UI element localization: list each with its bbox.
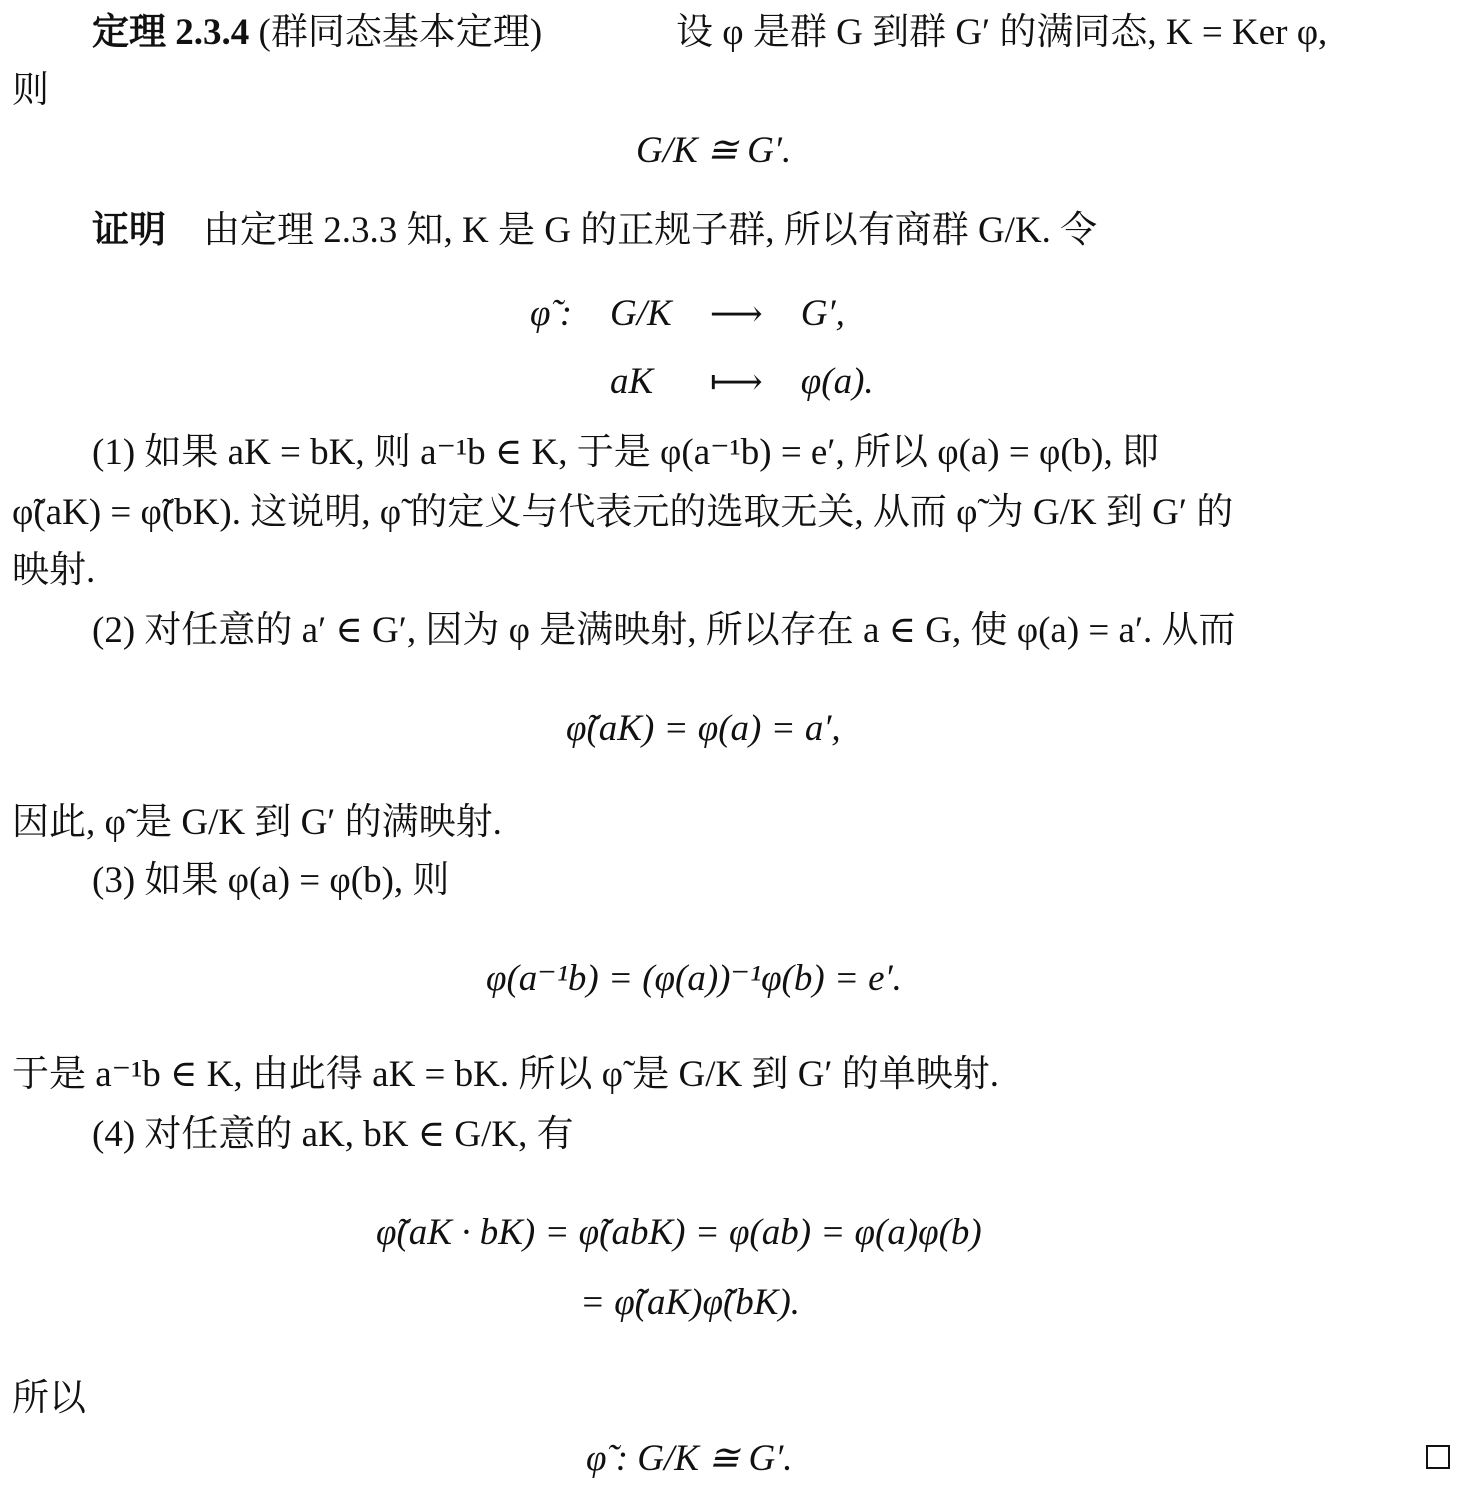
map-arrow: ⟶ xyxy=(710,292,763,336)
step3-line2: 于是 a⁻¹b ∈ K, 由此得 aK = bK. 所以 φ̃ 是 G/K 到 … xyxy=(12,1056,999,1093)
proof-label: 证明 xyxy=(92,210,166,251)
map-symbol: φ̃ : xyxy=(530,292,572,336)
mapsto-arrow: ⟼ xyxy=(710,360,763,404)
step4-line2: 所以 xyxy=(12,1380,86,1417)
step2-line1: (2) 对任意的 a′ ∈ G′, 因为 φ 是满映射, 所以存在 a ∈ G,… xyxy=(92,612,1236,649)
step2-line2: 因此, φ̃ 是 G/K 到 G′ 的满映射. xyxy=(12,804,502,841)
map-image: φ(a). xyxy=(801,360,874,404)
step4-formula2: = φ̃(aK)φ̃(bK). xyxy=(580,1284,800,1321)
theorem-heading: 定理 2.3.4 (群同态基本定理) xyxy=(92,14,542,51)
step3-formula: φ(a⁻¹b) = (φ(a))⁻¹φ(b) = e′. xyxy=(486,960,902,997)
final-formula: φ̃ : G/K ≅ G′. xyxy=(586,1440,793,1477)
proof-intro: 由定理 2.3.3 知, K 是 G 的正规子群, 所以有商群 G/K. 令 xyxy=(203,210,1097,251)
map-definition: φ̃ : G/K ⟶ G′, aK ⟼ φ(a). xyxy=(530,292,874,404)
map-codomain: G′, xyxy=(801,292,874,336)
step1-line3: 映射. xyxy=(12,552,95,589)
theorem-cont: 则 xyxy=(12,72,49,109)
step1-line2: φ̃(aK) = φ̃(bK). 这说明, φ̃ 的定义与代表元的选取无关, 从… xyxy=(12,494,1233,531)
step1-line1: (1) 如果 aK = bK, 则 a⁻¹b ∈ K, 于是 φ(a⁻¹b) =… xyxy=(92,434,1159,471)
theorem-label: 定理 2.3.4 xyxy=(92,12,249,53)
step4-line1: (4) 对任意的 aK, bK ∈ G/K, 有 xyxy=(92,1116,574,1153)
proof-intro-line: 证明 由定理 2.3.3 知, K 是 G 的正规子群, 所以有商群 G/K. … xyxy=(92,212,1097,249)
step3-line1: (3) 如果 φ(a) = φ(b), 则 xyxy=(92,862,449,899)
qed-square-icon xyxy=(1426,1445,1450,1469)
theorem-name: (群同态基本定理) xyxy=(259,12,543,53)
map-element: aK xyxy=(610,360,672,404)
theorem-formula: G/K ≅ G′. xyxy=(636,132,791,169)
step4-formula1: φ̃(aK · bK) = φ̃(abK) = φ(ab) = φ(a)φ(b) xyxy=(376,1214,982,1251)
map-domain: G/K xyxy=(610,292,672,336)
step2-formula: φ̃(aK) = φ(a) = a′, xyxy=(566,710,841,747)
theorem-statement: 设 φ 是群 G 到群 G′ 的满同态, K = Ker φ, xyxy=(676,14,1327,51)
